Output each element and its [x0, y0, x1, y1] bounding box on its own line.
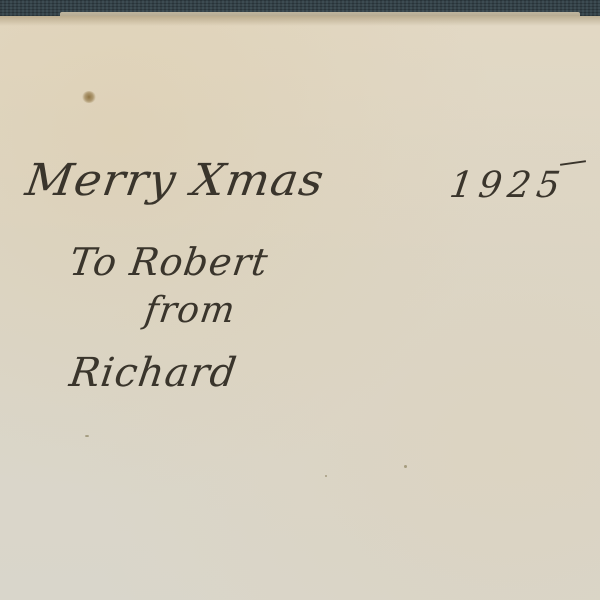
inscription-recipient: To Robert [67, 240, 271, 284]
inscription-greeting: Merry Xmas [22, 155, 328, 206]
inscription-sender: Richard [67, 350, 240, 396]
inscription-year: 1925 [447, 165, 568, 206]
page-top-shadow [0, 16, 600, 26]
paper-speck [85, 435, 89, 437]
inscription-from: from [142, 290, 238, 331]
paper-speck [404, 465, 407, 468]
paper-speck [325, 475, 327, 477]
endpaper [0, 16, 600, 600]
foxing-spot [82, 91, 96, 103]
